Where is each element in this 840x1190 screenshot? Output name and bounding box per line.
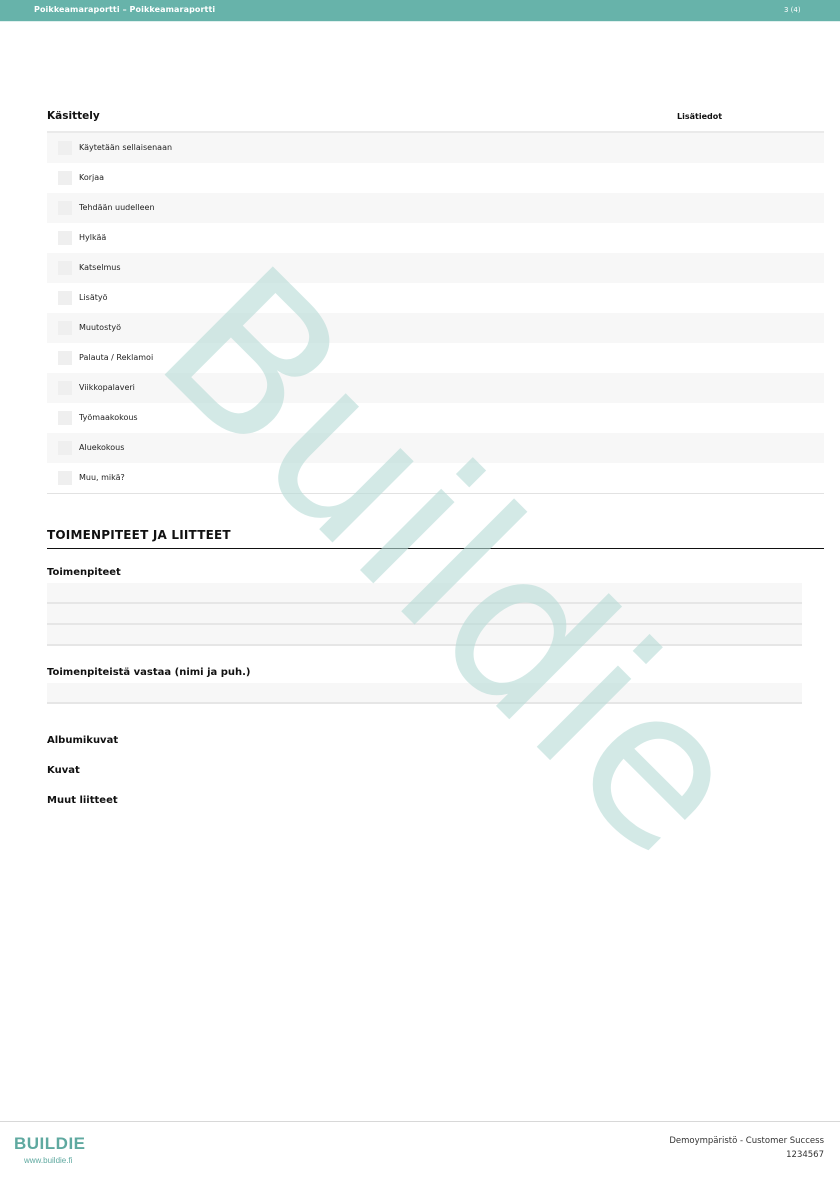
- toimenpiteet-field-line-2[interactable]: [47, 604, 802, 625]
- option-label: Tehdään uudelleen: [79, 203, 155, 212]
- option-label: Työmaakokous: [79, 413, 138, 422]
- option-label: Muu, mikä?: [79, 473, 125, 482]
- checkbox[interactable]: [58, 351, 72, 365]
- footer-number: 1234567: [669, 1148, 824, 1162]
- checkbox[interactable]: [58, 441, 72, 455]
- footer-info: Demoympäristö - Customer Success 1234567: [669, 1134, 824, 1162]
- section-title-toimenpiteet-ja-liitteet: TOIMENPITEET JA LIITTEET: [47, 528, 231, 542]
- option-label: Palauta / Reklamoi: [79, 353, 153, 362]
- muut-liitteet-label: Muut liitteet: [47, 795, 118, 806]
- buildie-logo: BUILDIE: [14, 1134, 86, 1154]
- albumikuvat-label: Albumikuvat: [47, 735, 118, 746]
- section-divider: [47, 548, 824, 549]
- vastaa-label: Toimenpiteistä vastaa (nimi ja puh.): [47, 667, 251, 678]
- option-label: Lisätyö: [79, 293, 108, 302]
- kasittely-option-row: Työmaakokous: [47, 403, 824, 433]
- kasittely-options-table: Käytetään sellaisenaanKorjaaTehdään uude…: [47, 131, 824, 494]
- lisatiedot-column-label: Lisätiedot: [677, 112, 722, 121]
- option-label: Katselmus: [79, 263, 121, 272]
- option-label: Viikkopalaveri: [79, 383, 135, 392]
- checkbox[interactable]: [58, 141, 72, 155]
- option-label: Käytetään sellaisenaan: [79, 143, 172, 152]
- kuvat-label: Kuvat: [47, 765, 80, 776]
- option-label: Muutostyö: [79, 323, 121, 332]
- option-label: Aluekokous: [79, 443, 124, 452]
- checkbox[interactable]: [58, 381, 72, 395]
- footer-divider: [0, 1121, 840, 1122]
- kasittely-option-row: Hylkää: [47, 223, 824, 253]
- kasittely-option-row: Muutostyö: [47, 313, 824, 343]
- kasittely-option-row: Tehdään uudelleen: [47, 193, 824, 223]
- toimenpiteet-field-line-3[interactable]: [47, 625, 802, 646]
- option-label: Hylkää: [79, 233, 106, 242]
- option-label: Korjaa: [79, 173, 104, 182]
- kasittely-option-row: Katselmus: [47, 253, 824, 283]
- checkbox[interactable]: [58, 201, 72, 215]
- kasittely-option-row: Muu, mikä?: [47, 463, 824, 493]
- checkbox[interactable]: [58, 261, 72, 275]
- kasittely-option-row: Korjaa: [47, 163, 824, 193]
- report-title: Poikkeamaraportti – Poikkeamaraportti: [34, 5, 215, 14]
- kasittely-label: Käsittely: [47, 110, 100, 122]
- checkbox[interactable]: [58, 321, 72, 335]
- footer-organization: Demoympäristö - Customer Success: [669, 1134, 824, 1148]
- checkbox[interactable]: [58, 411, 72, 425]
- checkbox[interactable]: [58, 291, 72, 305]
- kasittely-header: Käsittely Lisätiedot: [47, 110, 824, 132]
- kasittely-option-row: Viikkopalaveri: [47, 373, 824, 403]
- buildie-url[interactable]: www.buildie.fi: [24, 1156, 72, 1165]
- kasittely-option-row: Lisätyö: [47, 283, 824, 313]
- page-header-bar: Poikkeamaraportti – Poikkeamaraportti 3 …: [0, 0, 840, 22]
- toimenpiteet-field-line-1[interactable]: [47, 583, 802, 604]
- toimenpiteet-label: Toimenpiteet: [47, 567, 121, 578]
- checkbox[interactable]: [58, 471, 72, 485]
- kasittely-option-row: Aluekokous: [47, 433, 824, 463]
- page-indicator: 3 (4): [784, 6, 801, 14]
- vastaa-field[interactable]: [47, 683, 802, 704]
- checkbox[interactable]: [58, 231, 72, 245]
- kasittely-option-row: Palauta / Reklamoi: [47, 343, 824, 373]
- checkbox[interactable]: [58, 171, 72, 185]
- kasittely-option-row: Käytetään sellaisenaan: [47, 133, 824, 163]
